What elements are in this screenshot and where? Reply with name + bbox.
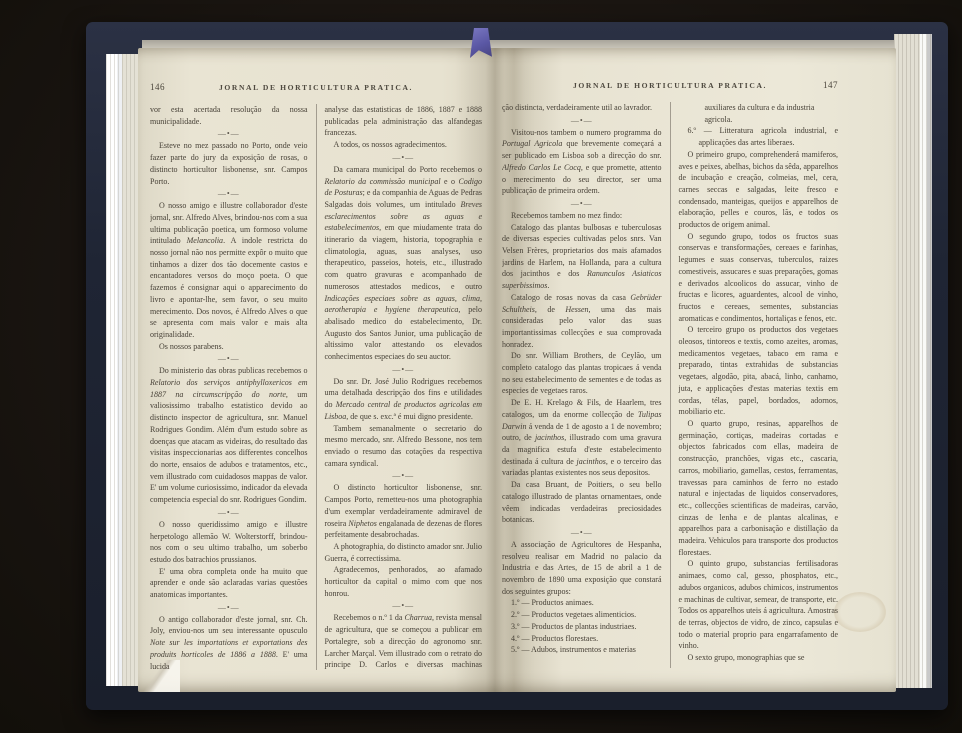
list-item: 3.º — Productos de plantas industriaes. [502,621,662,633]
section-separator: —•— [150,127,308,140]
paragraph: Catalogo de rosas novas da casa Gebrüder… [502,292,662,351]
paragraph: O primeiro grupo, comprehenderá mamifero… [679,149,839,231]
paragraph: Do ministerio das obras publicas recebem… [150,365,308,505]
section-separator: —•— [502,197,662,210]
page-147-columns: ção distincta, verdadeiramente util ao l… [502,102,838,668]
paragraph: De E. H. Krelago & Fils, de Haarlem, tre… [502,397,662,479]
section-separator: —•— [325,599,483,612]
page-147-column-2: auxiliares da cultura e da industria agr… [670,102,839,668]
photo-background: 146 JORNAL DE HORTICULTURA PRATICA. vor … [0,0,962,733]
page-edges-left [106,54,142,686]
paragraph: O nosso amigo e illustre collaborador d'… [150,200,308,340]
paragraph: E' uma obra completa onde ha muito que a… [150,566,308,601]
section-separator: —•— [502,114,662,127]
page-146-columns: vor esta acertada resolução da nossa mun… [150,104,482,670]
paragraph: Do snr. Dr. José Julio Rodrigues recebem… [325,376,483,423]
paragraph: O sexto grupo, monographias que se [679,652,839,664]
paragraph: vor esta acertada resolução da nossa mun… [150,104,308,127]
paragraph: Esteve no mez passado no Porto, onde vei… [150,140,308,187]
list-item: 5.º — Adubos, instrumentos e materias [502,644,662,656]
paragraph: O terceiro grupo os productos dos vegeta… [679,324,839,418]
section-separator: —•— [325,151,483,164]
page-146-header: 146 JORNAL DE HORTICULTURA PRATICA. [150,82,482,92]
paragraph: Visitou-nos tambem o numero programma do… [502,127,662,197]
page-147-header: JORNAL DE HORTICULTURA PRATICA. 147 [502,80,838,90]
paragraph: O segundo grupo, todos os fructos suas c… [679,231,839,325]
list-item: 2.º — Productos vegetaes alimenticios. [502,609,662,621]
paragraph: O quarto grupo, resinas, apparelhos de g… [679,418,839,558]
page-number: 147 [802,80,838,90]
list-item: 6.º — Litteratura agricola industrial, e… [679,125,839,148]
page-number: 146 [150,82,186,92]
section-separator: —•— [150,506,308,519]
paragraph: O quinto grupo, substancias fertilisador… [679,558,839,652]
paragraph: Recebemos o n.º 1 da Charrua, revista me… [325,612,483,670]
page-146: 146 JORNAL DE HORTICULTURA PRATICA. vor … [150,82,482,670]
page-146-column-2: analyse das estatisticas de 1886, 1887 e… [316,104,483,670]
paragraph: O antigo collaborador d'este jornal, snr… [150,614,308,670]
paragraph: Catalogo das plantas bulbosas e tubercul… [502,222,662,292]
section-separator: —•— [325,469,483,482]
page-edges-right [894,34,932,688]
paragraph: A todos, os nossos agradecimentos. [325,139,483,151]
page-stain [834,592,886,632]
paragraph: Os nossos parabens. [150,341,308,353]
section-separator: —•— [150,187,308,200]
paragraph: Do snr. William Brothers, de Ceylão, um … [502,350,662,397]
running-title: JORNAL DE HORTICULTURA PRATICA. [186,83,446,92]
page-147: JORNAL DE HORTICULTURA PRATICA. 147 ção … [502,80,838,668]
paragraph: A photographia, do distincto amador snr.… [325,541,483,564]
page-147-column-1: ção distincta, verdadeiramente util ao l… [502,102,670,668]
section-separator: —•— [150,352,308,365]
paragraph: O nosso queridissimo amigo e illustre he… [150,519,308,566]
section-separator: —•— [325,363,483,376]
paragraph: Agradecemos, penhorados, ao afamado hort… [325,564,483,599]
paragraph: analyse das estatisticas de 1886, 1887 e… [325,104,483,139]
paragraph: ção distincta, verdadeiramente util ao l… [502,102,662,114]
paragraph: Tambem semanalmente o secretario do mesm… [325,423,483,470]
page-146-column-1: vor esta acertada resolução da nossa mun… [150,104,316,670]
paragraph: Recebemos tambem no mez findo: [502,210,662,222]
paragraph: Da casa Bruant, de Poitiers, o seu bello… [502,479,662,526]
paragraph: O distincto horticultor lisbonense, snr.… [325,482,483,541]
running-title: JORNAL DE HORTICULTURA PRATICA. [538,81,802,90]
list-item: 4.º — Productos florestaes. [502,633,662,645]
paragraph: A associação de Agricultores de Hespanha… [502,539,662,598]
list-item: auxiliares da cultura e da industria agr… [679,102,839,125]
list-item: 1.º — Productos animaes. [502,597,662,609]
paragraph: Da camara municipal do Porto recebemos o… [325,164,483,363]
section-separator: —•— [150,601,308,614]
section-separator: —•— [502,526,662,539]
